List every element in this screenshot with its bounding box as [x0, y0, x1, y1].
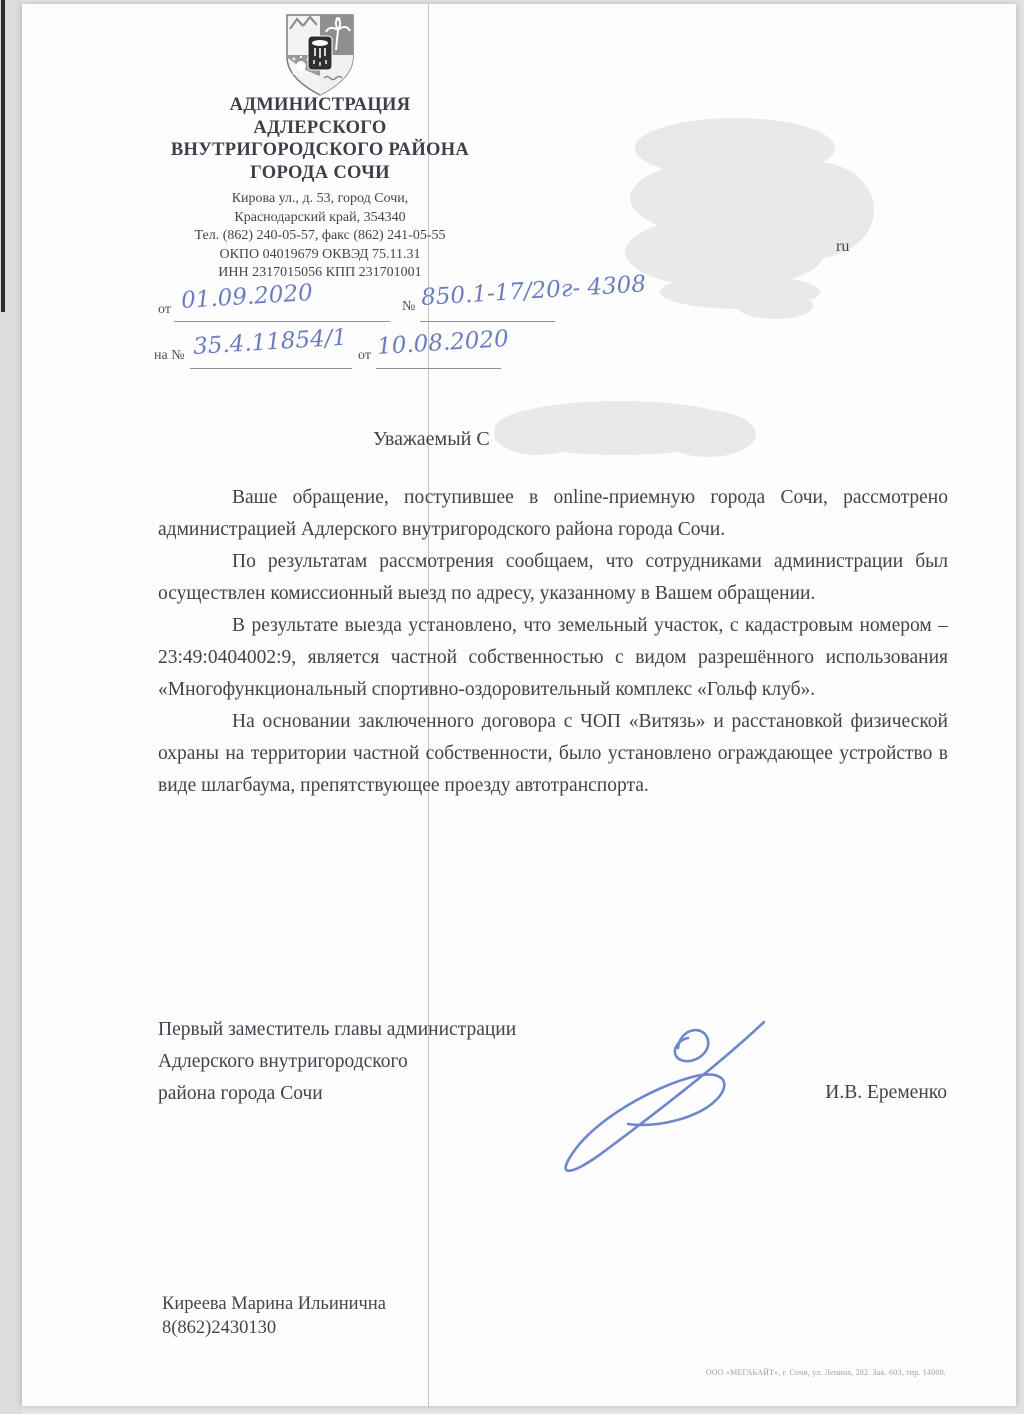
org-name-line: ВНУТРИГОРОДСКОГО РАЙОНА [120, 139, 520, 162]
org-inn-line: ИНН 2317015056 КПП 231701001 [120, 264, 520, 283]
ref-from-label: от [158, 302, 171, 318]
org-name-line: АДЛЕРСКОГО [120, 117, 520, 140]
ref-reply-date-underline [376, 368, 501, 369]
executor-phone: 8(862)2430130 [162, 1316, 386, 1340]
scan-background: АДМИНИСТРАЦИЯ АДЛЕРСКОГО ВНУТРИГОРОДСКОГ… [0, 0, 1024, 1414]
executor-name: Киреева Марина Ильинична [162, 1292, 386, 1316]
body-paragraph: По результатам рассмотрения сообщаем, чт… [158, 546, 948, 610]
ref-reply-label: на № [154, 348, 185, 364]
body-paragraph: В результате выезда установлено, что зем… [158, 610, 948, 706]
signer-position-line: района города Сочи [158, 1078, 516, 1110]
letter-page: АДМИНИСТРАЦИЯ АДЛЕРСКОГО ВНУТРИГОРОДСКОГ… [22, 4, 1016, 1406]
signer-position-line: Первый заместитель главы администрации [158, 1014, 516, 1046]
ref-from-date-handwritten: 01.09.2020 [180, 280, 313, 314]
body-paragraph: Ваше обращение, поступившее в online-при… [158, 482, 948, 546]
org-address-line: Кирова ул., д. 53, город Сочи, [120, 190, 520, 209]
redacted-recipient-block: ru [620, 110, 920, 320]
ref-number-underline [420, 321, 555, 322]
org-name-line: АДМИНИСТРАЦИЯ [120, 94, 520, 117]
org-phone-line: Тел. (862) 240-05-57, факс (862) 241-05-… [120, 227, 520, 246]
org-requisites-block: Кирова ул., д. 53, город Сочи, Краснодар… [120, 190, 520, 283]
redaction-smudge [620, 110, 920, 320]
org-name-block: АДМИНИСТРАЦИЯ АДЛЕРСКОГО ВНУТРИГОРОДСКОГ… [120, 94, 520, 184]
body-paragraph: На основании заключенного договора с ЧОП… [158, 706, 948, 802]
scan-edge-shadow [1, 0, 5, 312]
redacted-recipient-name [490, 394, 760, 470]
ref-reply-underline [190, 368, 352, 369]
executor-contact-block: Киреева Марина Ильинична 8(862)2430130 [162, 1292, 386, 1340]
ref-from-underline [174, 321, 390, 322]
ref-reply-date-label: от [358, 348, 371, 364]
coat-of-arms-icon [282, 12, 358, 98]
ref-reply-date-handwritten: 10.08.2020 [376, 326, 509, 360]
redaction-smudge [490, 394, 760, 470]
org-okpo-line: ОКПО 04019679 ОКВЭД 75.11.31 [120, 246, 520, 265]
signer-name: И.В. Еременко [722, 1082, 947, 1104]
salutation-line: Уважаемый С [373, 428, 490, 451]
letter-body: Ваше обращение, поступившее в online-при… [158, 482, 948, 802]
org-address-line: Краснодарский край, 354340 [120, 209, 520, 228]
signer-position-line: Адлерского внутригородского [158, 1046, 516, 1078]
redaction-visible-text: ru [836, 238, 849, 256]
org-name-line: ГОРОДА СОЧИ [120, 162, 520, 185]
print-shop-imprint: ООО «МЕГАБАЙТ», г. Сочи, ул. Ленина, 282… [706, 1368, 946, 1377]
ref-reply-number-handwritten: 35.4.11854/1 [192, 325, 347, 360]
ref-number-label: № [402, 299, 415, 315]
signer-position-block: Первый заместитель главы администрации А… [158, 1014, 516, 1110]
scan-right-margin [1016, 0, 1024, 1414]
